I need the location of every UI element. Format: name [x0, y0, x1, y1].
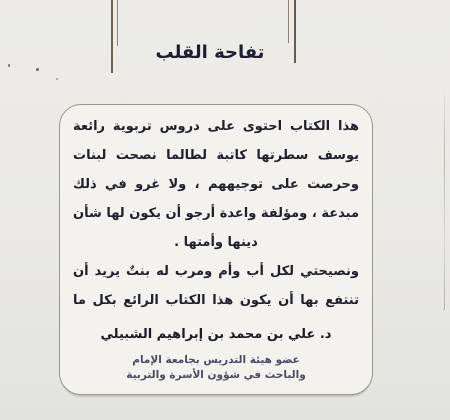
commendation-box: هذا الكتاب احتوى على دروس تربوية رائعة م… — [59, 104, 373, 395]
author-credentials: عضو هيئة التدريس بجامعة الإمام والباحث ف… — [73, 353, 359, 383]
scan-speck-artifact — [8, 64, 10, 67]
paragraph-line: دينها وأمتها . — [73, 228, 359, 257]
author-credential-line: والباحث في شؤون الأسرة والتربية — [73, 368, 359, 383]
paragraph-line: هذا الكتاب احتوى على دروس تربوية رائعة م… — [73, 112, 359, 141]
paragraph-line: وحرصت على توجيههم ، ولا غرو في ذلك فهي م… — [73, 170, 359, 199]
scan-speck-artifact — [56, 78, 58, 80]
author-credential-line: عضو هيئة التدريس بجامعة الإمام — [73, 353, 359, 368]
scan-edge-artifact — [444, 85, 445, 310]
scan-speck-artifact — [36, 68, 39, 71]
paragraph-line: يوسف سطرتها كاتبة لطالما نصحت لبنات المس… — [73, 141, 359, 170]
ornament-line-icon — [117, 0, 118, 46]
scanned-book-page: تفاحة القلب هذا الكتاب احتوى على دروس تر… — [0, 0, 450, 420]
paragraph-line: تنتفع بها أن يكون هذا الكتاب الرائع بكل … — [73, 286, 359, 315]
ornament-line-icon — [288, 0, 289, 43]
paragraph-line: ونصيحتي لكل أب وأم ومرب له بنتٌ يريد أن … — [73, 257, 359, 286]
paragraph-line: مبدعة ، ومؤلفة واعدة أرجو أن يكون لها شأ… — [73, 199, 359, 228]
page-title: تفاحة القلب — [90, 42, 330, 63]
author-name: د. علي بن محمد بن إبراهيم الشبيلي — [73, 325, 359, 345]
